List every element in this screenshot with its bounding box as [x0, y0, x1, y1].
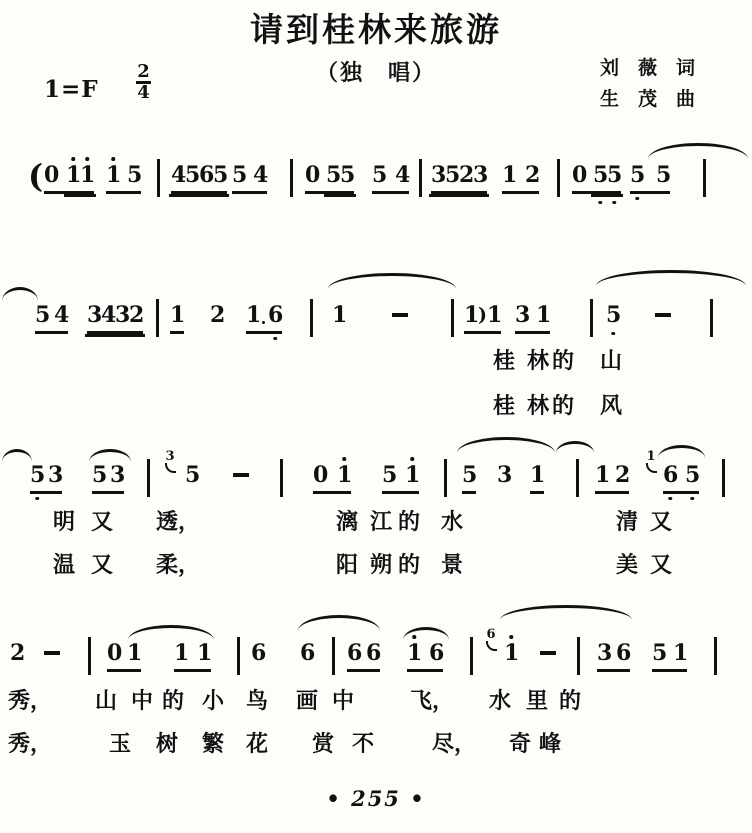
- lyric-syllable: 繁: [202, 727, 224, 758]
- note: 4: [54, 303, 68, 327]
- note: 5: [326, 163, 340, 187]
- slur-arc: [2, 449, 32, 462]
- dash-note: [233, 473, 249, 477]
- note: 0: [305, 163, 319, 187]
- note-group: 51: [382, 463, 419, 494]
- note-group: 54: [372, 163, 409, 194]
- note-group: 5: [606, 303, 620, 331]
- time-signature-numerator: 2: [137, 64, 150, 80]
- song-title: 请到桂林来旅游: [0, 4, 752, 51]
- credits: 刘 薇 词 生 茂 曲: [600, 53, 695, 115]
- lyric-syllable: 美: [616, 548, 638, 579]
- note: 5: [35, 303, 49, 327]
- note-group: 1: [170, 303, 184, 334]
- lyric-syllable: 的: [552, 389, 574, 420]
- note-group: 6: [300, 641, 314, 669]
- note: 3: [115, 303, 129, 327]
- octave-dot-high: [111, 157, 115, 161]
- note: 2: [459, 163, 473, 187]
- note-group: 54: [232, 163, 267, 194]
- note: 1: [405, 463, 419, 487]
- slur-arc: [648, 143, 748, 159]
- grace-digit: 6: [486, 629, 495, 641]
- sheet-music-page: 请到桂林来旅游 （独 唱） 刘 薇 词 生 茂 曲 1=F 2 4 (01115…: [0, 0, 752, 833]
- note: 1: [504, 641, 518, 665]
- note: 6: [251, 641, 265, 665]
- lyric-syllable: 朔: [370, 548, 392, 579]
- note: 5: [232, 163, 246, 187]
- dash-note: [44, 651, 60, 655]
- note-group: 65: [663, 463, 699, 494]
- note-group: 3523: [431, 163, 487, 194]
- barline: [157, 159, 160, 197]
- lyric-syllable: 的: [559, 684, 581, 715]
- note: 6: [429, 641, 443, 665]
- augmentation-dot: [262, 321, 266, 325]
- note-group: 6: [251, 641, 265, 669]
- grace-note: 3: [163, 451, 177, 473]
- octave-dot-low: [35, 497, 39, 501]
- dash-note: [540, 651, 556, 655]
- note-group: 2: [210, 303, 224, 331]
- note: 3: [515, 303, 529, 327]
- note: 6: [300, 641, 314, 665]
- note-group: 16: [246, 303, 282, 334]
- grace-slur-icon: [486, 641, 497, 651]
- note: 1: [106, 163, 120, 187]
- lyric-syllable: 赏: [312, 727, 334, 758]
- octave-dot-high: [410, 457, 414, 461]
- note: 5: [213, 163, 227, 187]
- barline: [576, 459, 579, 497]
- note: 6: [616, 641, 630, 665]
- note: 1: [332, 303, 346, 327]
- composer-credit: 生 茂 曲: [600, 84, 695, 115]
- slur-arc: [128, 625, 214, 640]
- lyric-syllable: 花: [246, 727, 268, 758]
- dash-note: [392, 313, 408, 317]
- note: 1: [80, 163, 94, 187]
- note: 5: [372, 163, 386, 187]
- time-signature-denominator: 4: [137, 85, 150, 101]
- note: 1: [464, 303, 478, 327]
- octave-dot-low: [668, 497, 672, 501]
- slur-arc: [89, 449, 131, 462]
- note: 6: [366, 641, 380, 665]
- note-group: 01: [313, 463, 351, 494]
- note-group: 011: [44, 163, 94, 194]
- music-line-3: 535335015153112165明又透，漓江的水清又温又柔，阳朔的景美又: [0, 463, 752, 593]
- grace-slur-icon: [165, 463, 176, 473]
- music-line-4: 20111666616613651秀，山中的小鸟画中飞，水里的秀，玉树繁花赏不尽…: [0, 641, 752, 771]
- lyric-syllable: 玉: [109, 727, 131, 758]
- lyric-syllable: 又: [650, 548, 672, 579]
- lyric-syllable: 清: [616, 505, 638, 536]
- note-group: 36: [597, 641, 630, 672]
- lyric-syllable: 明: [53, 505, 75, 536]
- lyric-syllable: 阳: [336, 548, 358, 579]
- lyric-syllable: 小: [202, 684, 224, 715]
- slur-arc: [403, 627, 449, 640]
- note: 5: [185, 463, 199, 487]
- octave-dot-low: [598, 201, 602, 205]
- note: 5: [685, 463, 699, 487]
- note: 5: [462, 463, 476, 487]
- note-group: 12: [502, 163, 539, 194]
- note: 5: [606, 303, 620, 327]
- barline: [88, 637, 91, 675]
- note: 3: [48, 463, 62, 487]
- note-group: 1)1: [464, 303, 501, 334]
- note: 0: [107, 641, 121, 665]
- note-group: 3: [497, 463, 511, 491]
- note: 3: [497, 463, 511, 487]
- octave-dot-high: [71, 157, 75, 161]
- lyric-syllable: 的: [162, 684, 184, 715]
- lyric-syllable: 秀，: [8, 727, 52, 758]
- note-group: 01: [107, 641, 141, 672]
- note: 1: [673, 641, 687, 665]
- note: 3: [597, 641, 611, 665]
- note: 5: [445, 163, 459, 187]
- octave-dot-high: [509, 635, 513, 639]
- note: 1: [170, 303, 184, 327]
- note: 6: [199, 163, 213, 187]
- note: 4: [395, 163, 409, 187]
- lyric-syllable: 山: [95, 684, 117, 715]
- dash-note: [655, 313, 671, 317]
- lyric-syllable: 风: [600, 389, 622, 420]
- note-group: 1: [504, 641, 518, 669]
- barline: [444, 459, 447, 497]
- note: 1: [407, 641, 421, 665]
- note: 4: [101, 303, 115, 327]
- barline: [577, 637, 580, 675]
- note: 3: [87, 303, 101, 327]
- note: 5: [652, 641, 666, 665]
- note: 2: [10, 641, 24, 665]
- lyric-syllable: 的: [398, 505, 420, 536]
- note-group: 5: [462, 463, 476, 494]
- barline: [156, 299, 159, 337]
- grace-digit: 1: [646, 451, 655, 463]
- lyric-syllable: 秀，: [8, 684, 52, 715]
- lyric-syllable: 桂: [493, 344, 515, 375]
- lyric-syllable: 山: [600, 344, 622, 375]
- note-group: 3432: [87, 303, 143, 334]
- barline: [703, 159, 706, 197]
- lyric-syllable: 奇: [509, 727, 531, 758]
- slur-arc: [298, 615, 380, 631]
- barline: [147, 459, 150, 497]
- note: 4: [171, 163, 185, 187]
- note: 2: [525, 163, 539, 187]
- note: 1: [197, 641, 211, 665]
- slur-arc: [658, 445, 705, 458]
- octave-dot-low: [611, 332, 615, 336]
- note: 1: [487, 303, 501, 327]
- key-signature: 1=F: [44, 76, 99, 103]
- note: 1: [66, 163, 80, 187]
- barline: [290, 159, 293, 197]
- page-number: • 255 •: [0, 786, 752, 811]
- slur-arc: [457, 437, 555, 453]
- note: 1: [536, 303, 550, 327]
- note: 1: [174, 641, 188, 665]
- octave-dot-low: [690, 497, 694, 501]
- grace-note: 6: [484, 629, 498, 651]
- lyric-syllable: 中: [131, 684, 153, 715]
- lyric-syllable: 又: [650, 505, 672, 536]
- lyric-syllable: 又: [91, 505, 113, 536]
- octave-dot-low: [273, 337, 277, 341]
- lyric-syllable: 桂: [493, 389, 515, 420]
- octave-dot-low: [635, 197, 639, 201]
- lyric-syllable: 峰: [539, 727, 561, 758]
- lyric-syllable: 不: [352, 727, 374, 758]
- note-group: 2: [10, 641, 24, 669]
- note: 5: [340, 163, 354, 187]
- opening-paren: (: [28, 157, 43, 195]
- note-group: 31: [515, 303, 550, 334]
- note: 5: [30, 463, 44, 487]
- lyric-syllable: 温: [53, 548, 75, 579]
- note: 3: [473, 163, 487, 187]
- note: 1: [246, 303, 260, 327]
- note: 1: [127, 641, 141, 665]
- note: 0: [313, 463, 327, 487]
- note: 1: [530, 463, 544, 487]
- barline: [590, 299, 593, 337]
- barline: [714, 637, 717, 675]
- lyric-syllable: 中: [332, 684, 354, 715]
- barline: [332, 637, 335, 675]
- note: 2: [210, 303, 224, 327]
- note: 3: [431, 163, 445, 187]
- note: 5: [630, 163, 644, 187]
- lyric-syllable: 林: [527, 389, 549, 420]
- music-line-2: 543432121611)1315桂林的山桂林的风: [0, 303, 752, 433]
- grace-digit: 3: [165, 451, 174, 463]
- octave-dot-high: [85, 157, 89, 161]
- lyric-syllable: 又: [91, 548, 113, 579]
- barline: [557, 159, 560, 197]
- note: 5: [656, 163, 670, 187]
- time-signature: 2 4: [136, 64, 151, 101]
- barline: [710, 299, 713, 337]
- octave-dot-high: [342, 457, 346, 461]
- note-group: 5: [185, 463, 199, 491]
- note: 6: [347, 641, 361, 665]
- lyric-syllable: 飞，: [410, 684, 454, 715]
- note-group: 055: [305, 163, 354, 194]
- note: 6: [663, 463, 677, 487]
- note-group: 55: [630, 163, 670, 194]
- note-group: 51: [652, 641, 687, 672]
- note: 5: [185, 163, 199, 187]
- lyric-syllable: 的: [552, 344, 574, 375]
- note-group: 1: [530, 463, 544, 494]
- lyric-syllable: 景: [441, 548, 463, 579]
- lyric-syllable: 柔，: [156, 548, 200, 579]
- lyricist-credit: 刘 薇 词: [600, 53, 695, 84]
- note: 2: [615, 463, 629, 487]
- barline: [280, 459, 283, 497]
- note: 2: [129, 303, 143, 327]
- note: ): [478, 303, 487, 327]
- lyric-syllable: 树: [156, 727, 178, 758]
- note: 1: [595, 463, 609, 487]
- lyric-syllable: 水: [441, 505, 463, 536]
- note: 5: [593, 163, 607, 187]
- lyric-syllable: 鸟: [246, 684, 268, 715]
- note: 4: [253, 163, 267, 187]
- octave-dot-low: [612, 201, 616, 205]
- note: 6: [268, 303, 282, 327]
- lyric-syllable: 透，: [156, 505, 200, 536]
- barline: [451, 299, 454, 337]
- lyric-syllable: 画: [296, 684, 318, 715]
- lyric-syllable: 林: [527, 344, 549, 375]
- note-group: 66: [347, 641, 380, 672]
- note: 3: [110, 463, 124, 487]
- note: 5: [607, 163, 621, 187]
- note-group: 12: [595, 463, 629, 494]
- barline: [722, 459, 725, 497]
- note: 0: [44, 163, 58, 187]
- note-group: 54: [35, 303, 68, 334]
- lyric-syllable: 漓: [336, 505, 358, 536]
- lyric-syllable: 的: [398, 548, 420, 579]
- barline: [310, 299, 313, 337]
- note: 5: [92, 463, 106, 487]
- note-group: 055: [572, 163, 621, 194]
- grace-note: 1: [644, 451, 658, 473]
- note-group: 53: [30, 463, 62, 494]
- note: 1: [337, 463, 351, 487]
- lyric-syllable: 尽，: [432, 727, 476, 758]
- note-group: 53: [92, 463, 124, 494]
- lyric-syllable: 里: [526, 684, 548, 715]
- slur-arc: [500, 605, 632, 620]
- lyric-syllable: 江: [370, 505, 392, 536]
- slur-arc: [556, 441, 594, 453]
- grace-slur-icon: [646, 463, 657, 473]
- barline: [237, 637, 240, 675]
- note-group: 4565: [171, 163, 227, 194]
- note: 0: [572, 163, 586, 187]
- note-group: 16: [407, 641, 443, 672]
- note-group: 15: [106, 163, 141, 194]
- barline: [470, 637, 473, 675]
- lyric-syllable: 水: [489, 684, 511, 715]
- barline: [419, 159, 422, 197]
- note: 5: [382, 463, 396, 487]
- note: 1: [502, 163, 516, 187]
- note-group: 1: [332, 303, 346, 331]
- note-group: 11: [174, 641, 211, 672]
- note: 5: [127, 163, 141, 187]
